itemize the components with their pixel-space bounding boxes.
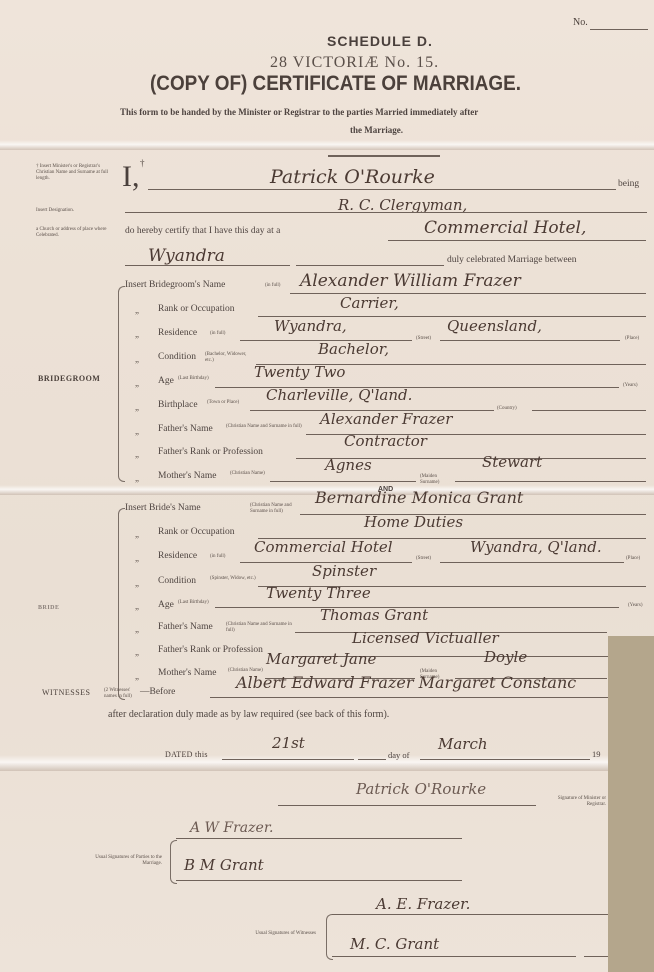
town-line-2 [296, 265, 444, 266]
dated-label: DATED this [165, 750, 208, 759]
bridegroom-mother-name: Agnes [325, 456, 372, 474]
celebrated-text: duly celebrated Marriage between [447, 255, 577, 265]
bride-name: Bernardine Monica Grant [315, 488, 523, 507]
number-line [590, 29, 648, 30]
instruction-text: This form to be handed by the Minister o… [120, 107, 478, 117]
bride-mother-name: Margaret Jane [266, 650, 376, 668]
ceremony-town: Wyandra [148, 246, 225, 266]
bridegroom-age: Twenty Two [254, 363, 345, 381]
act-heading: 28 VICTORIÆ No. 15. [270, 54, 439, 72]
bridegroom-mother-maiden: Stewart [482, 453, 542, 471]
groom-signature: A W Frazer. [190, 820, 273, 836]
parties-brace [170, 840, 177, 884]
fold-crease [0, 140, 654, 150]
instruction-text-2: the Marriage. [350, 125, 403, 135]
bridegroom-brace [118, 286, 125, 482]
witnesses-before-label: —Before [140, 687, 175, 697]
bridegroom-father-rank: Contractor [344, 432, 427, 450]
bride-signature: B M Grant [184, 856, 264, 874]
certificate-title: (COPY OF) CERTIFICATE OF MARRIAGE. [150, 72, 521, 96]
day-of-label: day of [388, 750, 409, 760]
bride-residence-street: Commercial Hotel [254, 538, 393, 556]
number-label: No. [573, 17, 588, 28]
year-prefix: 19 [592, 749, 601, 759]
bride-father-rank: Licensed Victualler [352, 629, 499, 647]
bride-mother-maiden: Doyle [484, 648, 527, 666]
certify-text: do hereby certify that I have this day a… [125, 226, 280, 236]
witness-signature-2: M. C. Grant [350, 935, 439, 953]
witnesses-qualifier: (2 Witnesses' names in full) [104, 688, 140, 700]
fold-crease [0, 755, 654, 771]
parties-signature-label: Usual Signatures of Parties to the Marri… [80, 855, 162, 867]
dated-month: March [438, 735, 488, 753]
witness-signature-label: Usual Signatures of Witnesses [244, 931, 316, 937]
bridegroom-father-name: Alexander Frazer [320, 410, 452, 428]
town-line [125, 265, 290, 266]
bridegroom-name: Alexander William Frazer [300, 271, 521, 291]
bridegroom-section-label: BRIDEGROOM [38, 374, 100, 383]
bridegroom-occupation: Carrier, [340, 294, 399, 312]
dated-day: 21st [272, 734, 305, 752]
bridegroom-condition: Bachelor, [318, 340, 389, 358]
bridegroom-birthplace: Charleville, Q'land. [266, 386, 412, 404]
bride-age: Twenty Three [266, 584, 371, 602]
witness-brace [326, 914, 333, 960]
bride-residence-place: Wyandra, Q'land. [470, 538, 602, 556]
officiant-name-line [148, 189, 616, 190]
witnesses-names: Albert Edward Frazer Margaret Constanc [236, 673, 576, 692]
ceremony-place: Commercial Hotel, [424, 218, 586, 238]
bridegroom-residence-town: Wyandra, [274, 317, 347, 335]
bride-father-name: Thomas Grant [320, 606, 428, 624]
bride-occupation: Home Duties [364, 513, 463, 531]
side-note-designation: Insert Designation. [36, 208, 74, 214]
side-note-place: a Church or address of place where Celeb… [36, 227, 122, 239]
bride-brace [118, 508, 125, 700]
witnesses-label: WITNESSES [42, 688, 91, 697]
bridegroom-residence-place: Queensland, [447, 317, 542, 335]
being-label: being [618, 179, 639, 189]
header-rule [328, 155, 440, 157]
witness-signature-1: A. E. Frazer. [376, 895, 470, 913]
background-panel [608, 636, 654, 972]
bride-section-label: BRIDE [38, 605, 60, 611]
designation-line [125, 212, 647, 213]
minister-signature: Patrick O'Rourke [356, 780, 486, 798]
dagger-mark: † [140, 158, 145, 168]
schedule-heading: SCHEDULE D. [327, 33, 433, 49]
declaration-text: after declaration duly made as by law re… [108, 709, 389, 720]
minister-signature-label: Signature of Minister or Registrar. [540, 796, 606, 808]
side-note-name: † Insert Minister's or Registrar's Chris… [36, 164, 118, 182]
bride-condition: Spinster [312, 562, 376, 580]
i-label: I, [122, 160, 140, 194]
place-line [388, 240, 646, 241]
officiant-name: Patrick O'Rourke [270, 166, 435, 188]
